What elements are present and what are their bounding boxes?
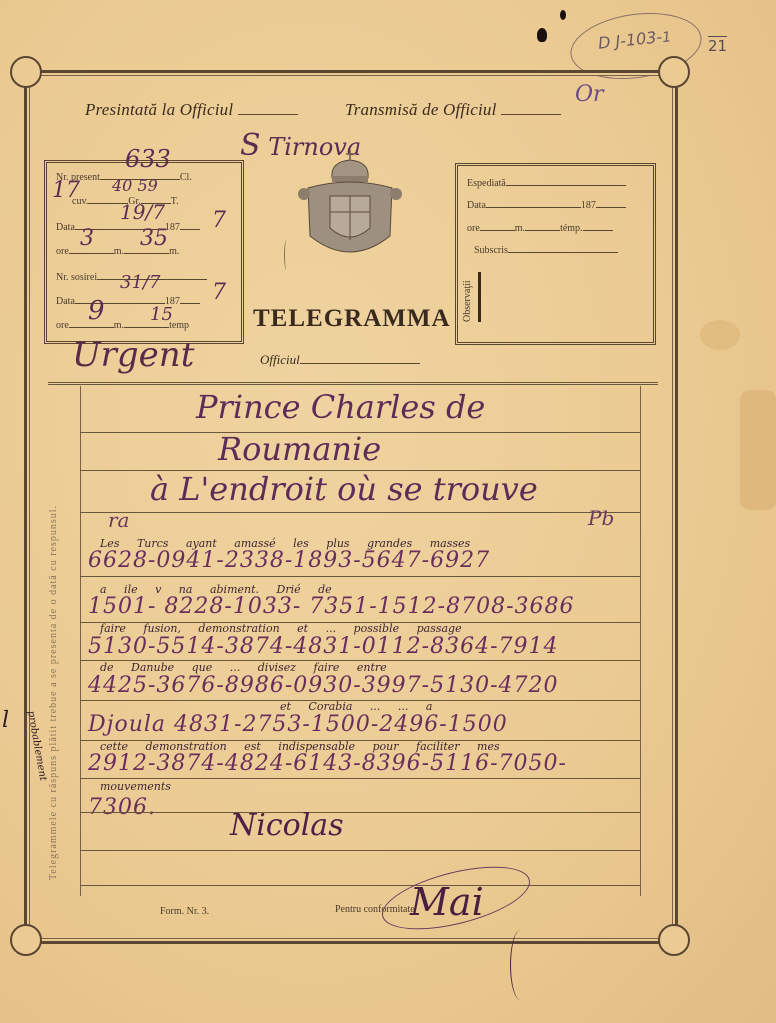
frame-corner	[10, 56, 42, 88]
transmitted-by-office: Transmisă de Officiul	[345, 100, 561, 120]
message-codes: 6628-0941-2338-1893-5647-6927	[88, 548, 490, 573]
document-title: TELEGRAMMA	[253, 305, 451, 333]
cuv-value: 17	[52, 178, 80, 203]
m3-label: m.	[114, 320, 124, 331]
officiul-label: Officiul	[260, 352, 300, 367]
data2-label: Data	[56, 296, 75, 307]
ink-blot	[560, 10, 566, 20]
field-subscris: Subscris	[474, 245, 618, 256]
dispatch-m-label: m.	[515, 223, 525, 234]
nr-sosirei-label: Nr. sosirei	[56, 272, 97, 283]
data-value: 19/7	[120, 200, 165, 224]
message-right-rule	[640, 386, 641, 896]
gr-value: 40 59	[112, 176, 158, 195]
form-number: Form. Nr. 3.	[160, 906, 209, 917]
transmitted-blank	[501, 114, 561, 115]
message-codes: 1501- 8228-1033- 7351-1512-8708-3686	[88, 594, 575, 619]
message-codes: 4425-3676-8986-0930-3997-5130-4720	[88, 673, 559, 698]
address-line-3: à L'endroit où se trouve	[150, 470, 538, 508]
subscris-label: Subscris	[474, 245, 508, 256]
field-ore-dispatch: orem.témp.	[467, 223, 613, 234]
m3-value: 15	[150, 304, 173, 325]
m-value: 35	[140, 226, 168, 251]
message-rule	[80, 576, 640, 577]
dispatch-temp-label: témp.	[560, 223, 583, 234]
frame-corner	[10, 924, 42, 956]
message-rule	[80, 778, 640, 779]
transmitted-label: Transmisă de Officiul	[345, 100, 497, 119]
ore-label: ore	[56, 246, 69, 257]
ore2-label: ore	[56, 320, 69, 331]
margin-note-l: l	[2, 708, 9, 733]
field-data-dispatch: Data187	[467, 200, 626, 211]
message-rule	[80, 812, 640, 813]
dispatch-year-label: 187	[581, 200, 596, 211]
year-value: 7	[212, 208, 226, 233]
field-espediata: Espediată	[467, 178, 626, 189]
archive-fraction-bottom: 21	[708, 36, 727, 55]
address-line-2: Roumanie	[218, 430, 381, 468]
message-left-rule	[80, 386, 81, 896]
message-codes: 7306.	[88, 795, 156, 820]
cl-label: Cl.	[180, 172, 192, 183]
frame-corner	[658, 924, 690, 956]
sender-signature: Nicolas	[230, 808, 344, 843]
row-marker: Pb	[588, 506, 614, 530]
ink-blot	[537, 28, 547, 42]
header-separator	[48, 382, 658, 385]
signature-tail	[510, 930, 531, 1000]
observatii-bracket	[478, 272, 481, 322]
m-label: m.	[114, 246, 124, 257]
message-gloss: mouvements	[100, 780, 171, 793]
message-rule	[80, 512, 640, 513]
presented-at-office: Presintată la Officiul	[85, 100, 298, 120]
officiul-line: Officiul	[260, 352, 420, 368]
frame-corner	[658, 56, 690, 88]
field-data-arrival: Data187	[56, 296, 200, 307]
paper-stain	[740, 390, 776, 510]
nr-present-value: 633	[125, 145, 171, 173]
espediata-label: Espediată	[467, 178, 506, 189]
presented-blank	[238, 114, 298, 115]
dispatch-data-label: Data	[467, 200, 486, 211]
data-label: Data	[56, 222, 75, 233]
address-line-1: Prince Charles de	[196, 388, 485, 426]
dispatch-ore-label: ore	[467, 223, 480, 234]
crest-drape	[284, 240, 289, 270]
observatii-label: Observaţii	[462, 280, 473, 322]
row-above-note: ra	[108, 508, 129, 532]
message-codes: 5130-5514-3874-4831-0112-8364-7914	[88, 634, 559, 659]
ore-value: 3	[80, 226, 94, 251]
paper-stain	[700, 320, 740, 350]
data2-value: 31/7	[120, 272, 160, 293]
message-codes: 2912-3874-4824-6143-8396-5116-7050-	[88, 751, 567, 776]
t-label: T.	[171, 196, 179, 207]
message-codes: Djoula 4831-2753-1500-2496-1500	[88, 712, 508, 737]
ore2-value: 9	[88, 296, 105, 326]
year2-value: 7	[212, 280, 226, 305]
m2-label: m.	[169, 246, 179, 257]
priority-urgent: Urgent	[72, 335, 194, 375]
message-rule	[80, 850, 640, 851]
archive-fraction-top: 1	[661, 29, 672, 46]
presented-label: Presintată la Officiul	[85, 100, 233, 119]
message-rule	[80, 885, 640, 886]
royal-coat-of-arms-icon	[290, 148, 410, 268]
side-note-vertical: Telegrammele cu răspuns plătit trebue a …	[48, 505, 59, 880]
